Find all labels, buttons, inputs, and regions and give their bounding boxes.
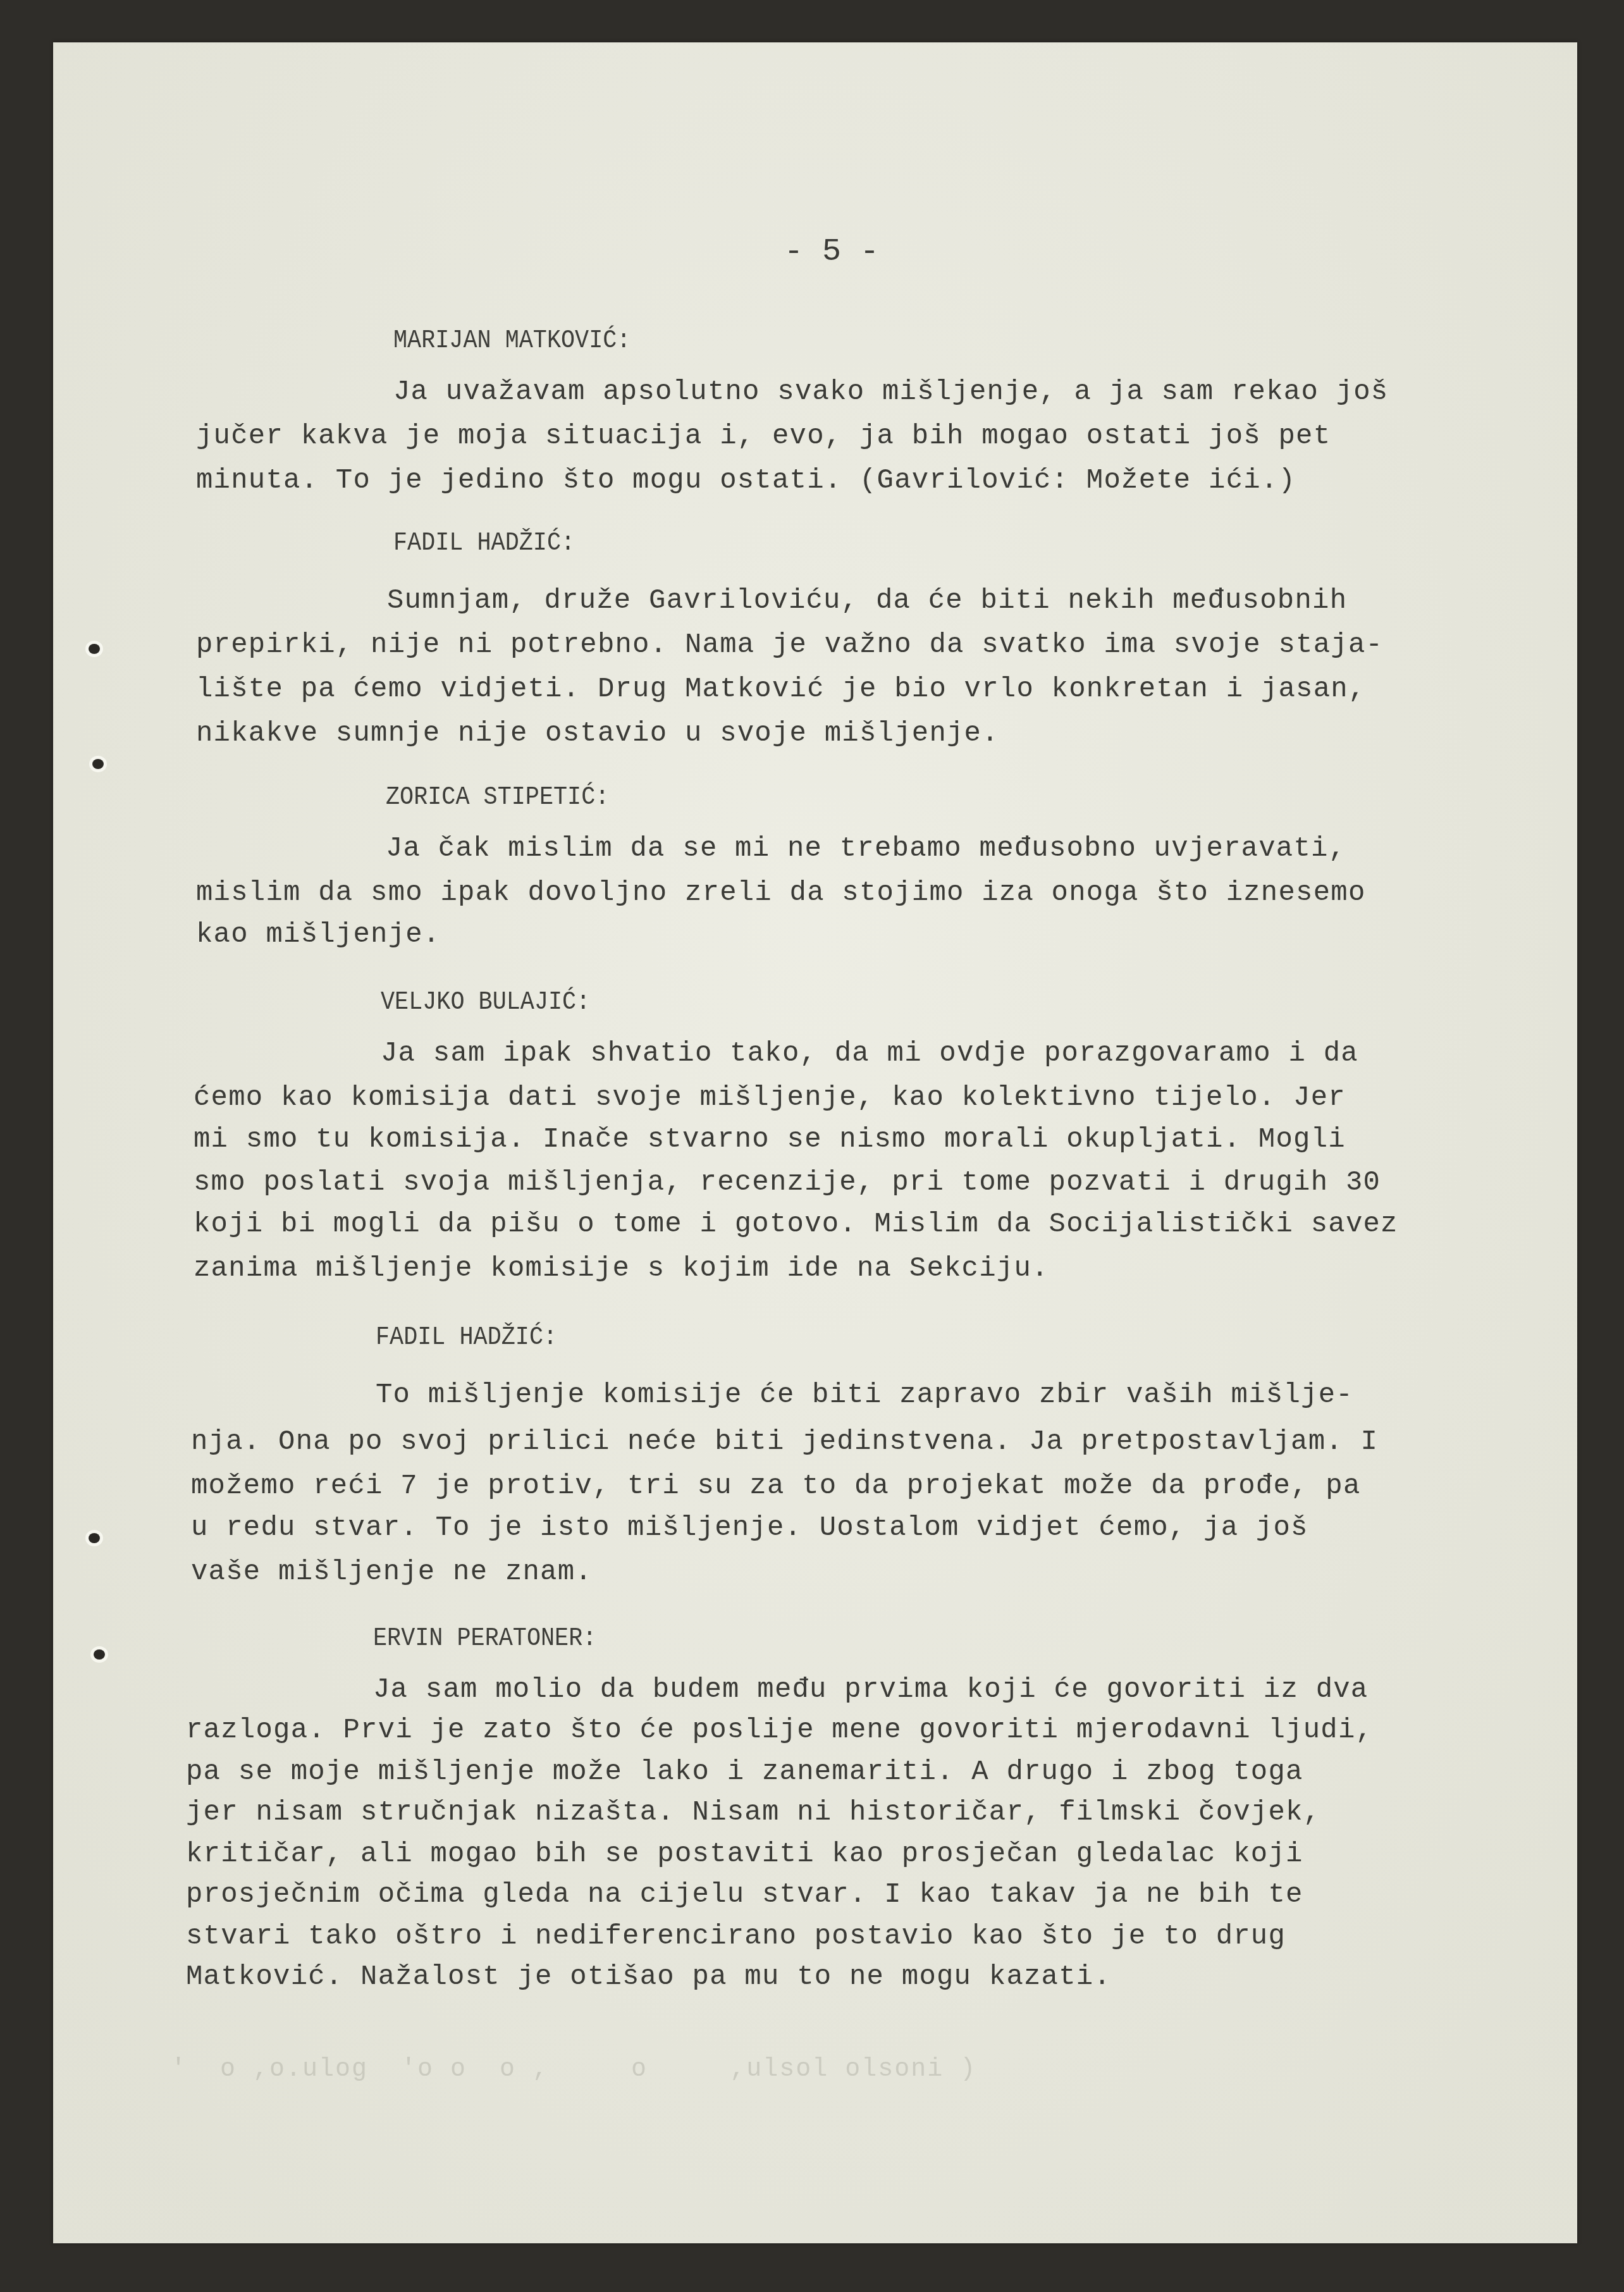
speaker-name: VELJKO BULAJIĆ: — [381, 987, 590, 1020]
text-line: To mišljenje komisije će biti zapravo zb… — [376, 1379, 1353, 1412]
text-line: kritičar, ali mogao bih se postaviti kao… — [186, 1838, 1303, 1871]
text-line: u redu stvar. To je isto mišljenje. Uost… — [191, 1512, 1308, 1544]
text-line: lište pa ćemo vidjeti. Drug Matković je … — [196, 673, 1366, 706]
text-line: razloga. Prvi je zato što će poslije men… — [186, 1714, 1373, 1747]
speaker-name: ZORICA STIPETIĆ: — [386, 782, 609, 815]
text-line: Ja sam ipak shvatio tako, da mi ovdje po… — [381, 1037, 1358, 1070]
text-line: pa se moje mišljenje može lako i zanemar… — [186, 1756, 1303, 1789]
text-line: Sumnjam, druže Gavriloviću, da će biti n… — [387, 584, 1347, 617]
text-line: prosječnim očima gleda na cijelu stvar. … — [186, 1878, 1303, 1911]
text-line: možemo reći 7 je protiv, tri su za to da… — [191, 1470, 1361, 1503]
bleed-through-text: ' o ,o.ulog 'o o o , o ,ulsol olsoni ) — [171, 2055, 976, 2084]
text-line: smo poslati svoja mišljenja, recenzije, … — [194, 1166, 1381, 1199]
text-line: jučer kakva je moja situacija i, evo, ja… — [196, 420, 1331, 453]
text-line: stvari tako oštro i nediferencirano post… — [186, 1920, 1286, 1953]
text-line: mi smo tu komisija. Inače stvarno se nis… — [194, 1123, 1346, 1156]
text-line: koji bi mogli da pišu o tome i gotovo. M… — [194, 1208, 1398, 1241]
text-line: Ja sam molio da budem među prvima koji ć… — [373, 1673, 1368, 1706]
staple-hole — [89, 1533, 100, 1543]
text-line: nikakve sumnje nije ostavio u svoje mišl… — [196, 717, 999, 750]
text-line: mislim da smo ipak dovoljno zreli da sto… — [196, 877, 1366, 909]
text-line: vaše mišljenje ne znam. — [191, 1556, 593, 1589]
speaker-name: FADIL HADŽIĆ: — [376, 1322, 557, 1355]
staple-hole — [92, 759, 104, 769]
text-line: minuta. To je jedino što mogu ostati. (G… — [196, 464, 1296, 497]
text-line: nja. Ona po svoj prilici neće biti jedin… — [191, 1426, 1378, 1458]
text-line: zanima mišljenje komisije s kojim ide na… — [194, 1252, 1049, 1285]
text-line: Matković. Nažalost je otišao pa mu to ne… — [186, 1961, 1111, 1993]
staple-hole — [94, 1649, 105, 1660]
staple-hole — [89, 644, 100, 654]
speaker-name: FADIL HADŽIĆ: — [393, 527, 575, 560]
text-line: ćemo kao komisija dati svoje mišljenje, … — [194, 1081, 1346, 1114]
text-line: prepirki, nije ni potrebno. Nama je važn… — [196, 629, 1383, 662]
speaker-name: ERVIN PERATONER: — [373, 1623, 596, 1656]
text-line: Ja uvažavam apsolutno svako mišljenje, a… — [393, 376, 1388, 409]
text-line: kao mišljenje. — [196, 918, 440, 951]
page-number: - 5 - — [784, 234, 879, 270]
text-line: jer nisam stručnjak nizašta. Nisam ni hi… — [186, 1796, 1320, 1829]
speaker-name: MARIJAN MATKOVIĆ: — [393, 325, 631, 358]
text-line: Ja čak mislim da se mi ne trebamo međuso… — [386, 832, 1346, 865]
